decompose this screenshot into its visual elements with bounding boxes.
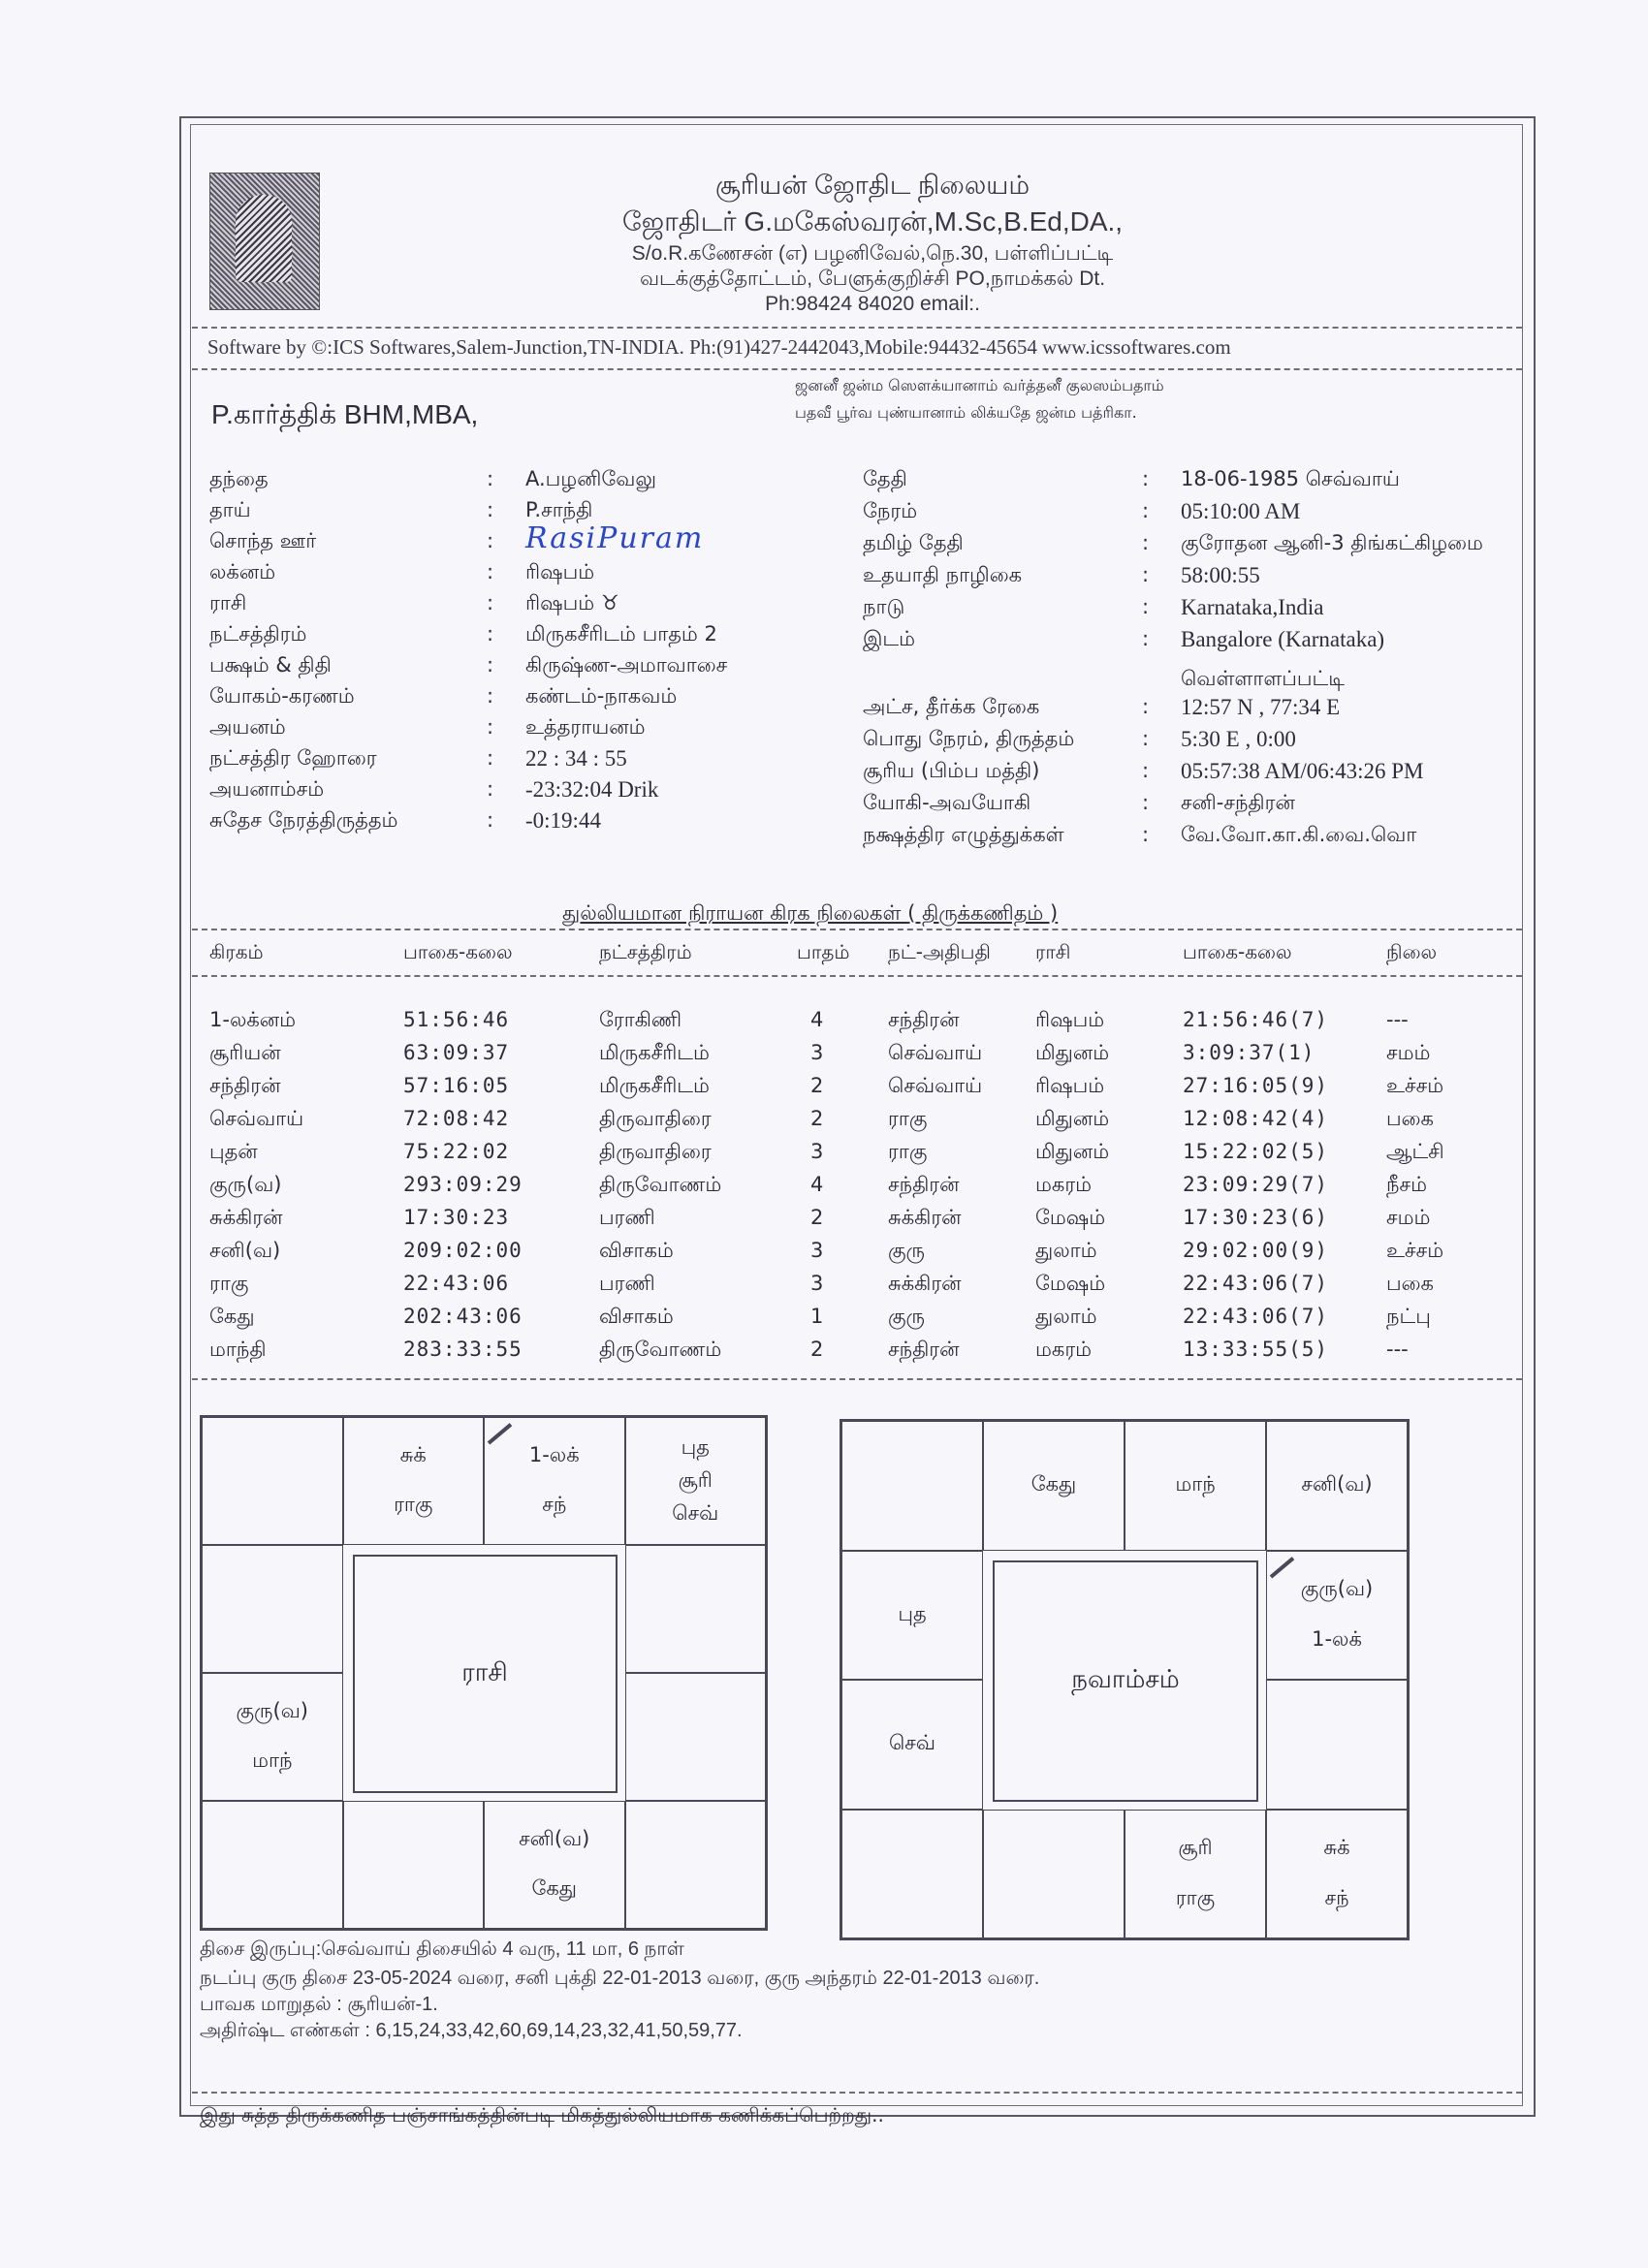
- detail-value: 5:30 E , 0:00: [1181, 727, 1296, 752]
- person-name: P.கார்த்திக் BHM,MBA,: [211, 399, 478, 434]
- table-cell: மகரம்: [1035, 1338, 1092, 1364]
- table-cell: 1-லக்னம்: [209, 1008, 296, 1034]
- colon: :: [1142, 791, 1149, 814]
- detail-value: 18-06-1985 செவ்வாய்: [1181, 467, 1400, 493]
- contact-line: Ph:98424 84020 email:.: [504, 293, 1241, 316]
- colon: :: [487, 498, 493, 521]
- detail-label: இடம்: [863, 627, 915, 653]
- table-cell: செவ்வாய்: [888, 1041, 982, 1067]
- planet-table-title: துல்லியமான நிராயன கிரக நிலைகள் ( திருக்க…: [562, 901, 1058, 928]
- table-cell: புதன்: [209, 1140, 258, 1166]
- detail-label: தமிழ் தேதி: [863, 531, 964, 557]
- bhava-change: பாவக மாறுதல் : சூரியன்-1.: [200, 1994, 438, 2018]
- table-cell: 4: [810, 1173, 823, 1196]
- table-cell: சந்திரன்: [209, 1074, 281, 1100]
- chart-house-leo: [1266, 1680, 1408, 1810]
- detail-label: தாய்: [209, 498, 251, 524]
- table-cell: சமம்: [1386, 1041, 1430, 1067]
- table-cell: 3:09:37(1): [1183, 1041, 1315, 1064]
- column-header: நட்-அதிபதி: [888, 940, 991, 966]
- detail-value: -0:19:44: [525, 808, 601, 834]
- detail-label: யோகம்-கரணம்: [209, 684, 355, 710]
- table-cell: குரு: [888, 1305, 925, 1331]
- chart-house-sagittarius: [202, 1801, 343, 1929]
- table-cell: ரிஷபம்: [1035, 1008, 1104, 1034]
- table-cell: 209:02:00: [403, 1239, 523, 1262]
- colon: :: [487, 715, 493, 739]
- column-header: கிரகம்: [209, 940, 264, 966]
- colon: :: [1142, 499, 1149, 522]
- detail-label: பொது நேரம், திருத்தம்: [863, 727, 1074, 753]
- planet-label: 1-லக்: [1312, 1627, 1362, 1654]
- colon: :: [487, 529, 493, 552]
- chart-house-aquarius: [202, 1545, 343, 1673]
- table-cell: 17:30:23(6): [1183, 1206, 1328, 1229]
- table-cell: 2: [810, 1206, 823, 1229]
- detail-value: சனி-சந்திரன்: [1181, 791, 1295, 817]
- chart-house-gemini: புதசூரிசெவ்: [625, 1417, 767, 1545]
- chart-house-scorpio: [343, 1801, 485, 1929]
- detail-value: கிருஷ்ண-அமாவாசை: [525, 653, 727, 679]
- table-cell: 29:02:00(9): [1183, 1239, 1328, 1262]
- table-cell: பரணி: [599, 1272, 655, 1298]
- planet-label: மாந்: [1175, 1472, 1215, 1498]
- divider: [192, 2092, 1522, 2094]
- table-cell: குரு(வ): [209, 1173, 281, 1199]
- detail-value: P.சாந்தி: [525, 498, 592, 524]
- chart-house-taurus: மாந்: [1125, 1421, 1266, 1551]
- planet-label: 1-லக்: [529, 1443, 580, 1469]
- table-cell: திருவாதிரை: [599, 1107, 712, 1133]
- table-cell: 202:43:06: [403, 1305, 523, 1328]
- chart-house-virgo: சுக்சந்: [1266, 1810, 1408, 1939]
- table-cell: 22:43:06(7): [1183, 1305, 1328, 1328]
- chart-house-libra: சூரிராகு: [1125, 1810, 1266, 1939]
- detail-label: பக்ஷம் & திதி: [209, 653, 332, 679]
- table-cell: 1: [810, 1305, 823, 1328]
- table-cell: திருவோணம்: [599, 1173, 721, 1199]
- detail-label: லக்னம்: [209, 560, 275, 586]
- table-cell: 2: [810, 1074, 823, 1097]
- chart-house-capricorn: செவ்: [841, 1680, 983, 1810]
- table-cell: ரிஷபம்: [1035, 1074, 1104, 1100]
- table-cell: சுக்கிரன்: [209, 1206, 283, 1232]
- colon: :: [1142, 467, 1149, 490]
- planet-label: குரு(வ): [237, 1699, 308, 1725]
- planet-label: செவ்: [672, 1501, 718, 1528]
- lucky-numbers: அதிர்ஷ்ட எண்கள் : 6,15,24,33,42,60,69,14…: [200, 2020, 743, 2044]
- table-cell: செவ்வாய்: [888, 1074, 982, 1100]
- detail-label: யோகி-அவயோகி: [863, 791, 1030, 817]
- planet-label: புத: [898, 1602, 926, 1628]
- planet-label: சந்: [1324, 1886, 1348, 1912]
- table-cell: திருவோணம்: [599, 1338, 721, 1364]
- column-header: பாதம்: [797, 940, 849, 966]
- planet-label: சனி(வ): [519, 1827, 589, 1853]
- colon: :: [487, 560, 493, 583]
- colon: :: [1142, 759, 1149, 782]
- table-cell: நட்பு: [1386, 1305, 1431, 1331]
- chart-house-aquarius: புத: [841, 1551, 983, 1681]
- table-cell: மிதுனம்: [1035, 1041, 1109, 1067]
- detail-label: நட்சத்திர ஹோரை: [209, 746, 377, 772]
- detail-value: ரிஷபம் ♉: [525, 591, 619, 617]
- column-header: பாகை-கலை: [1183, 940, 1292, 966]
- table-cell: 23:09:29(7): [1183, 1173, 1328, 1196]
- colon: :: [1142, 531, 1149, 554]
- chart-house-pisces: [202, 1417, 343, 1545]
- detail-label: நேரம்: [863, 499, 917, 525]
- colon: :: [487, 684, 493, 708]
- table-cell: சந்திரன்: [888, 1008, 960, 1034]
- table-cell: 63:09:37: [403, 1041, 509, 1064]
- divider: [192, 1378, 1522, 1380]
- chart-house-aries: கேது: [983, 1421, 1125, 1551]
- table-cell: 51:56:46: [403, 1008, 509, 1031]
- astrologer-name: ஜோதிடர் G.மகேஸ்வரன்,M.Sc,B.Ed,DA.,: [504, 206, 1241, 241]
- table-cell: மிருகசீரிடம்: [599, 1041, 710, 1067]
- chart-house-leo: [625, 1673, 767, 1801]
- table-cell: ரோகிணி: [599, 1008, 681, 1034]
- planet-label: ராகு: [1176, 1886, 1215, 1912]
- colon: :: [487, 746, 493, 770]
- dasa-balance: திசை இருப்பு:செவ்வாய் திசையில் 4 வரு, 11…: [200, 1938, 684, 1963]
- colon: :: [1142, 695, 1149, 718]
- table-cell: மேஷம்: [1035, 1206, 1105, 1232]
- planet-label: சந்: [542, 1493, 566, 1519]
- table-cell: விசாகம்: [599, 1305, 674, 1331]
- table-cell: சமம்: [1386, 1206, 1430, 1232]
- chart-house-aries: சுக்ராகு: [343, 1417, 485, 1545]
- navamsa-chart: கேதுமாந்சனி(வ)புதகுரு(வ)1-லக்செவ்சூரிராக…: [840, 1419, 1410, 1940]
- table-cell: ராகு: [888, 1107, 927, 1133]
- chart-title: நவாம்சம்: [993, 1560, 1258, 1802]
- table-cell: மிருகசீரிடம்: [599, 1074, 710, 1100]
- detail-value: குரோதன ஆனி-3 திங்கட்கிழமை: [1181, 531, 1483, 557]
- table-cell: மேஷம்: [1035, 1272, 1105, 1298]
- table-cell: சந்திரன்: [888, 1338, 960, 1364]
- chart-title: ராசி: [353, 1555, 618, 1793]
- table-cell: ராகு: [888, 1140, 927, 1166]
- chart-house-capricorn: குரு(வ)மாந்: [202, 1673, 343, 1801]
- colon: :: [1142, 563, 1149, 586]
- planet-label: சூரி: [679, 1468, 713, 1495]
- table-cell: 17:30:23: [403, 1206, 509, 1229]
- planet-label: புத: [681, 1435, 710, 1462]
- table-cell: பரணி: [599, 1206, 655, 1232]
- lagna-marker-icon: [1270, 1557, 1295, 1578]
- table-cell: சூரியன்: [209, 1041, 281, 1067]
- detail-value: உத்தராயனம்: [525, 715, 646, 741]
- address-line-2: வடக்குத்தோட்டம், பேளுக்குறிச்சி PO,நாமக்…: [504, 268, 1241, 293]
- chart-house-cancer: [625, 1545, 767, 1673]
- table-cell: 3: [810, 1272, 823, 1295]
- chart-house-gemini: சனி(வ): [1266, 1421, 1408, 1551]
- detail-value: 05:10:00 AM: [1181, 499, 1300, 524]
- lagna-marker-icon: [488, 1423, 513, 1444]
- rasi-chart: சுக்ராகு1-லக்சந்புதசூரிசெவ்குரு(வ)மாந்சன…: [200, 1415, 768, 1931]
- table-cell: துலாம்: [1035, 1305, 1097, 1331]
- colon: :: [1142, 823, 1149, 846]
- certification-note: இது சுத்த திருக்கணித பஞ்சாங்கத்தின்படி ம…: [200, 2103, 884, 2129]
- table-cell: சந்திரன்: [888, 1173, 960, 1199]
- table-cell: பகை: [1386, 1107, 1434, 1133]
- column-header: நிலை: [1386, 940, 1437, 966]
- deity-image-icon: [209, 173, 320, 310]
- table-cell: 2: [810, 1107, 823, 1130]
- detail-value: Karnataka,India: [1181, 595, 1324, 620]
- sloka-line-2: பதவீ பூர்வ புண்யானாம் லிக்யதே ஜன்ம பத்ரி…: [795, 403, 1137, 424]
- table-cell: 283:33:55: [403, 1338, 523, 1361]
- detail-value-2: வெள்ளாளப்பட்டி: [1181, 667, 1345, 693]
- detail-label: உதயாதி நாழிகை: [863, 563, 1022, 589]
- divider: [192, 975, 1522, 977]
- table-cell: 2: [810, 1338, 823, 1361]
- software-credit: Software by ©:ICS Softwares,Salem-Juncti…: [207, 335, 1231, 360]
- chart-house-sagittarius: [841, 1810, 983, 1939]
- detail-label: சொந்த ஊர்: [209, 529, 316, 555]
- planet-label: சுக்: [1323, 1836, 1349, 1862]
- detail-value: ரிஷபம்: [525, 560, 594, 586]
- detail-label: தந்தை: [209, 467, 269, 493]
- chart-house-cancer: குரு(வ)1-லக்: [1266, 1551, 1408, 1681]
- table-cell: கேது: [209, 1305, 255, 1331]
- detail-value: 12:57 N , 77:34 E: [1181, 695, 1340, 720]
- table-cell: 293:09:29: [403, 1173, 523, 1196]
- column-header: ராசி: [1035, 940, 1070, 966]
- chart-house-pisces: [841, 1421, 983, 1551]
- table-cell: 4: [810, 1008, 823, 1031]
- table-cell: திருவாதிரை: [599, 1140, 712, 1166]
- column-header: நட்சத்திரம்: [599, 940, 692, 966]
- chart-house-taurus: 1-லக்சந்: [484, 1417, 625, 1545]
- chart-house-virgo: [625, 1801, 767, 1929]
- planet-label: ராகு: [394, 1493, 432, 1519]
- planet-label: கேது: [531, 1876, 577, 1903]
- table-cell: 72:08:42: [403, 1107, 509, 1130]
- detail-label: சூரிய (பிம்ப மத்தி): [863, 759, 1039, 785]
- detail-value: மிருகசீரிடம் பாதம் 2: [525, 622, 717, 648]
- detail-value: வே.வோ.கா.கி.வை.வொ: [1181, 823, 1416, 849]
- colon: :: [1142, 727, 1149, 750]
- planet-label: குரு(வ): [1301, 1577, 1373, 1603]
- divider: [192, 327, 1522, 329]
- table-cell: விசாகம்: [599, 1239, 674, 1265]
- table-cell: 3: [810, 1140, 823, 1163]
- table-cell: உச்சம்: [1386, 1239, 1443, 1265]
- table-cell: மாந்தி: [209, 1338, 267, 1364]
- colon: :: [487, 622, 493, 646]
- table-cell: 27:16:05(9): [1183, 1074, 1328, 1097]
- detail-label: நட்சத்திரம்: [209, 622, 306, 648]
- planet-label: சூரி: [1178, 1836, 1212, 1862]
- table-cell: ---: [1386, 1338, 1409, 1361]
- detail-value: 22 : 34 : 55: [525, 746, 627, 772]
- table-cell: 15:22:02(5): [1183, 1140, 1328, 1163]
- table-cell: குரு: [888, 1239, 925, 1265]
- colon: :: [487, 467, 493, 490]
- detail-value: 05:57:38 AM/06:43:26 PM: [1181, 759, 1423, 784]
- detail-value: Bangalore (Karnataka): [1181, 627, 1384, 652]
- detail-value: RasiPuram: [525, 521, 704, 555]
- table-cell: 3: [810, 1041, 823, 1064]
- table-cell: சுக்கிரன்: [888, 1272, 962, 1298]
- planet-label: கேது: [1031, 1472, 1077, 1498]
- colon: :: [1142, 627, 1149, 650]
- table-cell: ஆட்சி: [1386, 1140, 1444, 1166]
- chart-house-scorpio: [983, 1810, 1125, 1939]
- planet-label: மாந்: [252, 1748, 292, 1775]
- colon: :: [487, 653, 493, 677]
- detail-label: தேதி: [863, 467, 907, 493]
- table-cell: பகை: [1386, 1272, 1434, 1298]
- address-line-1: S/o.R.கணேசன் (எ) பழனிவேல்,நெ.30, பள்ளிப்…: [504, 242, 1241, 268]
- table-cell: 57:16:05: [403, 1074, 509, 1097]
- detail-label: நாடு: [863, 595, 904, 621]
- table-cell: மிதுனம்: [1035, 1140, 1109, 1166]
- detail-value: கண்டம்-நாகவம்: [525, 684, 677, 710]
- table-cell: நீசம்: [1386, 1173, 1427, 1199]
- detail-value: A.பழனிவேலு: [525, 467, 656, 493]
- planet-label: சனி(வ): [1301, 1472, 1372, 1498]
- table-cell: மிதுனம்: [1035, 1107, 1109, 1133]
- table-cell: மகரம்: [1035, 1173, 1092, 1199]
- detail-label: அட்ச, தீர்க்க ரேகை: [863, 695, 1039, 721]
- chart-house-libra: சனி(வ)கேது: [484, 1801, 625, 1929]
- table-cell: 75:22:02: [403, 1140, 509, 1163]
- column-header: பாகை-கலை: [403, 940, 513, 966]
- detail-label: அயனம்: [209, 715, 286, 741]
- planet-label: சுக்: [400, 1443, 427, 1469]
- detail-label: அயனாம்சம்: [209, 777, 324, 803]
- table-cell: 13:33:55(5): [1183, 1338, 1328, 1361]
- detail-label: சுதேச நேரத்திருத்தம்: [209, 808, 397, 835]
- divider: [192, 368, 1522, 370]
- colon: :: [487, 591, 493, 614]
- sloka-line-1: ஜனனீ ஜன்ம ஸௌக்யானாம் வர்த்தனீ குலஸம்பதாம…: [795, 376, 1164, 396]
- colon: :: [487, 808, 493, 832]
- table-cell: 12:08:42(4): [1183, 1107, 1328, 1130]
- table-cell: 3: [810, 1239, 823, 1262]
- table-cell: உச்சம்: [1386, 1074, 1443, 1100]
- table-cell: 22:43:06(7): [1183, 1272, 1328, 1295]
- detail-label: ராசி: [209, 591, 246, 617]
- divider: [192, 929, 1522, 930]
- detail-label: நக்ஷத்திர எழுத்துக்கள்: [863, 823, 1064, 849]
- table-cell: ராகு: [209, 1272, 248, 1298]
- planet-label: செவ்: [889, 1731, 935, 1757]
- detail-value: -23:32:04 Drik: [525, 777, 658, 803]
- table-cell: செவ்வாய்: [209, 1107, 303, 1133]
- table-cell: சனி(வ): [209, 1239, 280, 1265]
- table-cell: துலாம்: [1035, 1239, 1097, 1265]
- table-cell: சுக்கிரன்: [888, 1206, 962, 1232]
- colon: :: [487, 777, 493, 801]
- detail-value: 58:00:55: [1181, 563, 1260, 588]
- table-cell: ---: [1386, 1008, 1409, 1031]
- center-name: சூரியன் ஜோதிட நிலையம்: [504, 171, 1241, 205]
- colon: :: [1142, 595, 1149, 618]
- table-cell: 21:56:46(7): [1183, 1008, 1328, 1031]
- current-dasa: நடப்பு குரு திசை 23-05-2024 வரை, சனி புக…: [200, 1968, 1039, 1992]
- table-cell: 22:43:06: [403, 1272, 509, 1295]
